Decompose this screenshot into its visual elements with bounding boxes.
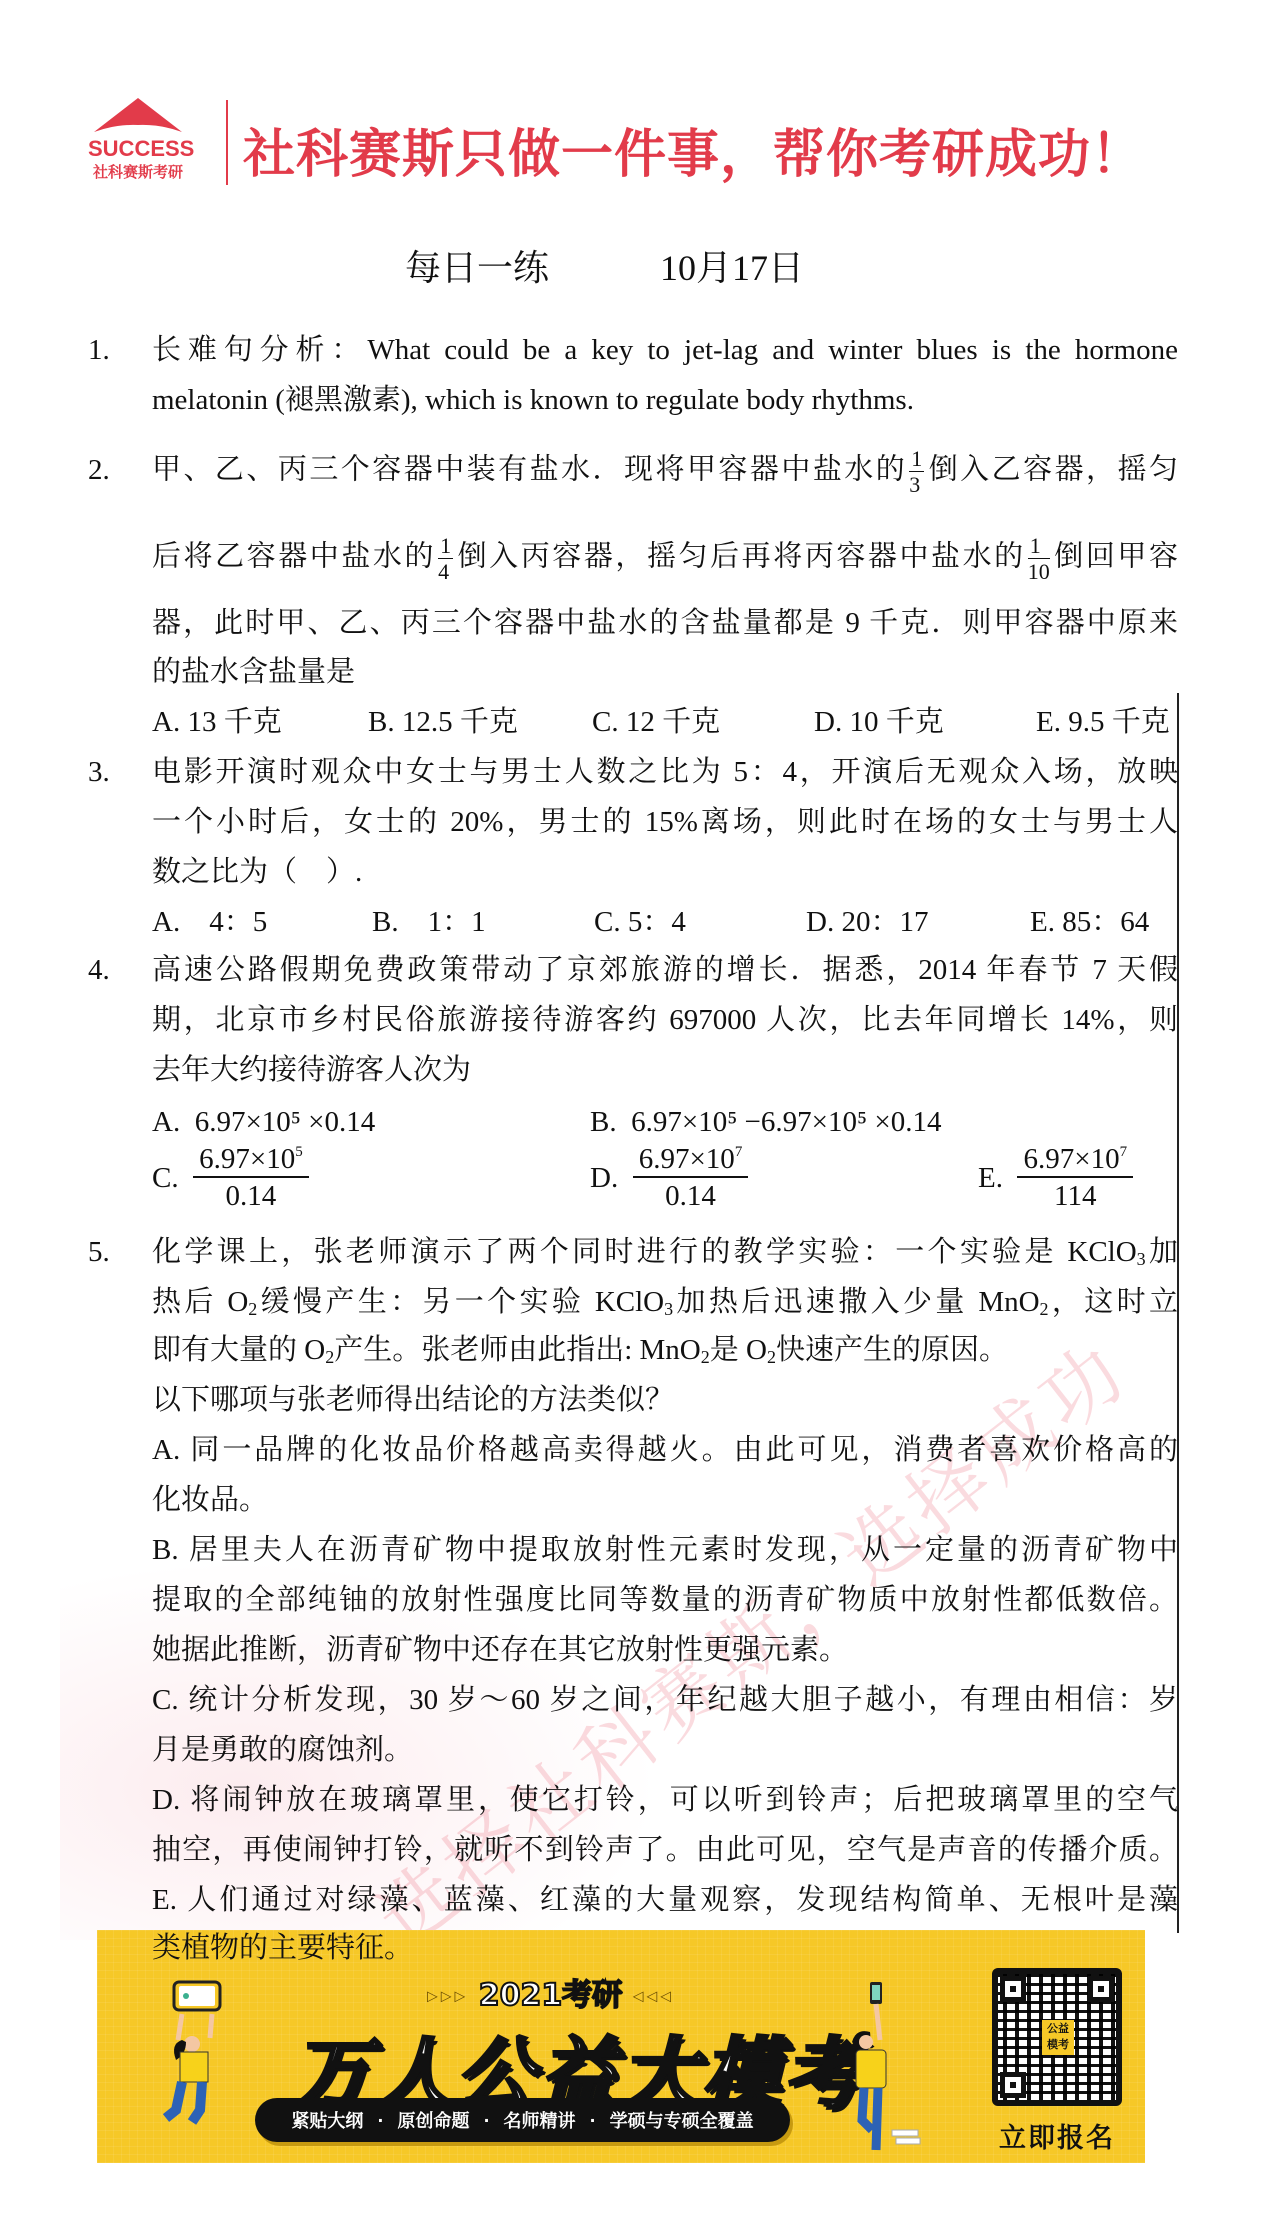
- qr-center-label: 公益模考: [1042, 2020, 1074, 2055]
- option-b[interactable]: B. 居里夫人在沥青矿物中提取放射性元素时发现，从一定量的沥青矿物中: [152, 1530, 1178, 1570]
- option-d[interactable]: D. 6.97×1070.14: [590, 1145, 748, 1211]
- option-d[interactable]: D. 20：17: [806, 902, 928, 942]
- question-line: 长难句分析：What could be a key to jet-lag and…: [152, 330, 1178, 370]
- option-a-cont: 化妆品。: [152, 1480, 1178, 1520]
- question-line: 期，北京市乡村民俗旅游接待游客约 697000 人次，比去年同增长 14%，则: [152, 1000, 1178, 1040]
- option-b[interactable]: B. 12.5 千克: [368, 702, 518, 742]
- option-b-cont: 她据此推断，沥青矿物中还存在其它放射性更强元素。: [152, 1630, 1178, 1670]
- option-c[interactable]: C. 6.97×1050.14: [152, 1145, 309, 1211]
- option-b[interactable]: B. 6.97×10⁵ −6.97×10⁵ ×0.14: [590, 1102, 941, 1142]
- question-line: 热后 O2缓慢产生：另一个实验 KClO3加热后迅速撒入少量 MnO2，这时立: [152, 1282, 1178, 1322]
- question-line: 的盐水含盐量是: [152, 652, 1178, 692]
- question-number: 4.: [88, 950, 110, 990]
- option-a[interactable]: A. 13 千克: [152, 702, 282, 742]
- logo-text-en: SUCCESS: [88, 136, 188, 162]
- option-a[interactable]: A. 4：5: [152, 902, 267, 942]
- option-e-cont: 类植物的主要特征。: [152, 1928, 1178, 1968]
- question-line: 去年大约接待游客人次为: [152, 1050, 1178, 1090]
- question-line: 后将乙容器中盐水的14倒入丙容器，摇匀后再将丙容器中盐水的110倒回甲容: [152, 535, 1178, 583]
- option-a[interactable]: A. 6.97×10⁵ ×0.14: [152, 1102, 375, 1142]
- question-line: 即有大量的 O2产生。张老师由此指出: MnO2是 O2快速产生的原因。: [152, 1330, 1178, 1370]
- option-a[interactable]: A. 同一品牌的化妆品价格越高卖得越火。由此可见，消费者喜欢价格高的: [152, 1430, 1178, 1470]
- question-number: 3.: [88, 752, 110, 792]
- option-d-cont: 抽空，再使闹钟打铃，就听不到铃声了。由此可见，空气是声音的传播介质。: [152, 1830, 1178, 1870]
- question-number: 5.: [88, 1232, 110, 1272]
- logo-text-cn: 社科赛斯考研: [88, 161, 188, 182]
- signup-button[interactable]: 立即报名: [992, 2116, 1122, 2155]
- question-line: 以下哪项与张老师得出结论的方法类似？: [152, 1380, 1178, 1420]
- option-d[interactable]: D. 将闹钟放在玻璃罩里，使它打铃，可以听到铃声；后把玻璃罩里的空气: [152, 1780, 1178, 1820]
- banner-features-bar: 紧贴大纲· 原创命题· 名师精讲· 学硕与专硕全覆盖: [255, 2098, 790, 2142]
- question-line: 数之比为（ ）.: [152, 852, 1178, 892]
- question-line: 器，此时甲、乙、丙三个容器中盐水的含盐量都是 9 千克．则甲容器中原来: [152, 603, 1178, 643]
- banner-year-label: ▷▷▷ 2021考研 ◁◁◁: [427, 1970, 674, 2014]
- option-b-cont: 提取的全部纯铀的放射性强度比同等数量的沥青矿物质中放射性都低数倍。: [152, 1580, 1178, 1620]
- question-line: 甲、乙、丙三个容器中装有盐水．现将甲容器中盐水的13倒入乙容器，摇匀: [152, 448, 1178, 496]
- option-e[interactable]: E. 6.97×107114: [978, 1145, 1133, 1211]
- page-date: 10月17日: [660, 240, 804, 291]
- question-number: 1.: [88, 330, 110, 370]
- question-line: 高速公路假期免费政策带动了京郊旅游的增长．据悉，2014 年春节 7 天假: [152, 950, 1178, 990]
- qr-code[interactable]: 公益模考: [992, 1968, 1122, 2106]
- header-slogan: 社科赛斯只做一件事，帮你考研成功！: [243, 112, 1144, 187]
- question-line: 电影开演时观众中女士与男士人数之比为 5：4，开演后无观众入场，放映: [152, 752, 1178, 792]
- question-number: 2.: [88, 450, 110, 490]
- page-title: 每日一练: [405, 240, 549, 291]
- question-line: 一个小时后，女士的 20%，男士的 15%离场，则此时在场的女士与男士人: [152, 802, 1178, 842]
- option-e[interactable]: E. 9.5 千克: [1036, 702, 1170, 742]
- brand-logo: SUCCESS 社科赛斯考研: [88, 98, 188, 186]
- girl-illustration-icon: [152, 1980, 232, 2130]
- option-e[interactable]: E. 人们通过对绿藻、蓝藻、红藻的大量观察，发现结构简单、无根叶是藻: [152, 1880, 1178, 1920]
- option-e[interactable]: E. 85：64: [1030, 902, 1149, 942]
- option-c[interactable]: C. 统计分析发现，30 岁～60 岁之间，年纪越大胆子越小，有理由相信：岁: [152, 1680, 1178, 1720]
- roof-triangle-icon: [94, 98, 182, 134]
- question-line: melatonin (褪黑激素), which is known to regu…: [152, 380, 1178, 420]
- option-b[interactable]: B. 1：1: [372, 902, 486, 942]
- option-c-cont: 月是勇敢的腐蚀剂。: [152, 1730, 1178, 1770]
- option-d[interactable]: D. 10 千克: [814, 702, 944, 742]
- header-divider: [226, 100, 228, 185]
- option-c[interactable]: C. 5：4: [594, 902, 686, 942]
- girl-with-phone-icon: [842, 1980, 922, 2155]
- option-c[interactable]: C. 12 千克: [592, 702, 720, 742]
- question-line: 化学课上，张老师演示了两个同时进行的教学实验：一个实验是 KClO3加: [152, 1232, 1178, 1272]
